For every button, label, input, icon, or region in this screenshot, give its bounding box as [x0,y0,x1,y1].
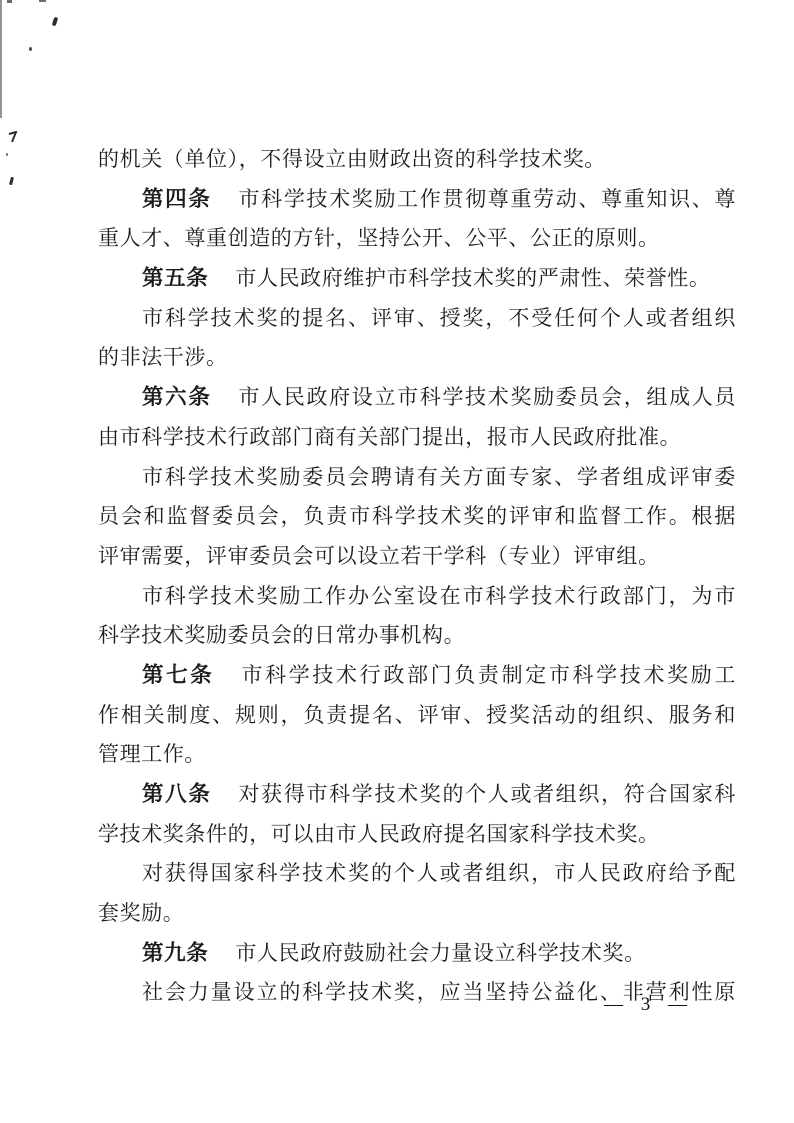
body-line: 第七条市科学技术行政部门负责制定市科学技术奖励工 [98,656,736,696]
body-line: 重人才、尊重创造的方针，坚持公开、公平、公正的原则。 [98,219,736,259]
scan-speck [29,47,32,51]
body-line: 第五条市人民政府维护市科学技术奖的严肃性、荣誉性。 [98,259,736,299]
body-line: 市科学技术奖励委员会聘请有关方面专家、学者组成评审委 [98,458,736,498]
line-text: 套奖励。 [98,901,184,925]
body-line: 评审需要，评审委员会可以设立若干学科（专业）评审组。 [98,537,736,577]
article-number: 第六条 [142,385,212,409]
line-text: 对获得国家科学技术奖的个人或者组织，市人民政府给予配 [142,861,736,885]
line-text: 市人民政府设立市科学技术奖励委员会，组成人员 [239,385,737,409]
scanned-document-page: 的机关（单位），不得设立由财政出资的科学技术奖。 第四条市科学技术奖励工作贯彻尊… [0,0,794,1123]
page-number: — 3 — [604,994,689,1016]
article-number: 第八条 [142,782,212,806]
line-text: 市科学技术奖励工作办公室设在市科学技术行政部门，为市 [142,584,736,608]
body-line: 套奖励。 [98,894,736,934]
body-line: 第九条市人民政府鼓励社会力量设立科学技术奖。 [98,934,736,974]
body-line: 的非法干涉。 [98,338,736,378]
body-line: 市科学技术奖的提名、评审、授奖，不受任何个人或者组织 [98,299,736,339]
scan-speck [52,17,59,27]
article-number: 第七条 [142,663,214,687]
scan-speck [9,177,14,185]
scan-edge-line [0,0,2,118]
line-text: 评审需要，评审委员会可以设立若干学科（专业）评审组。 [98,544,660,568]
body-line: 科学技术奖励委员会的日常办事机构。 [98,616,736,656]
article-number: 第四条 [142,187,212,211]
line-text: 员会和监督委员会，负责市科学技术奖的评审和监督工作。根据 [98,504,736,528]
body-line: 管理工作。 [98,735,736,775]
line-text: 市人民政府维护市科学技术奖的严肃性、荣誉性。 [235,266,710,290]
body-line: 第四条市科学技术奖励工作贯彻尊重劳动、尊重知识、尊 [98,180,736,220]
line-text: 的非法干涉。 [98,345,228,369]
body-line: 第八条对获得市科学技术奖的个人或者组织，符合国家科 [98,775,736,815]
line-text: 市科学技术奖励工作贯彻尊重劳动、尊重知识、尊 [239,187,737,211]
scan-speck [6,153,8,156]
line-text: 学技术奖条件的，可以由市人民政府提名国家科学技术奖。 [98,822,660,846]
line-text: 市人民政府鼓励社会力量设立科学技术奖。 [235,941,645,965]
document-body: 的机关（单位），不得设立由财政出资的科学技术奖。 第四条市科学技术奖励工作贯彻尊… [98,140,736,1013]
body-line: 由市科学技术行政部门商有关部门提出，报市人民政府批准。 [98,418,736,458]
line-text: 管理工作。 [98,742,206,766]
body-line: 市科学技术奖励工作办公室设在市科学技术行政部门，为市 [98,577,736,617]
scan-speck [8,131,19,144]
body-line: 第六条市人民政府设立市科学技术奖励委员会，组成人员 [98,378,736,418]
line-text: 重人才、尊重创造的方针，坚持公开、公平、公正的原则。 [98,226,660,250]
line-text: 市科学技术奖励委员会聘请有关方面专家、学者组成评审委 [142,465,736,489]
line-text: 对获得市科学技术奖的个人或者组织，符合国家科 [239,782,737,806]
line-text: 科学技术奖励委员会的日常办事机构。 [98,623,465,647]
body-line: 对获得国家科学技术奖的个人或者组织，市人民政府给予配 [98,854,736,894]
body-line: 的机关（单位），不得设立由财政出资的科学技术奖。 [98,140,736,180]
body-line: 作相关制度、规则，负责提名、评审、授奖活动的组织、服务和 [98,696,736,736]
line-text: 市科学技术奖的提名、评审、授奖，不受任何个人或者组织 [142,306,736,330]
line-text: 作相关制度、规则，负责提名、评审、授奖活动的组织、服务和 [98,703,736,727]
body-line: 员会和监督委员会，负责市科学技术奖的评审和监督工作。根据 [98,497,736,537]
article-number: 第九条 [142,941,208,965]
article-number: 第五条 [142,266,208,290]
line-text: 的机关（单位），不得设立由财政出资的科学技术奖。 [98,147,606,171]
line-text: 市科学技术行政部门负责制定市科学技术奖励工 [241,663,736,687]
scan-speck [7,0,12,3]
scan-speck [39,0,46,2]
body-line: 学技术奖条件的，可以由市人民政府提名国家科学技术奖。 [98,815,736,855]
line-text: 由市科学技术行政部门商有关部门提出，报市人民政府批准。 [98,425,681,449]
